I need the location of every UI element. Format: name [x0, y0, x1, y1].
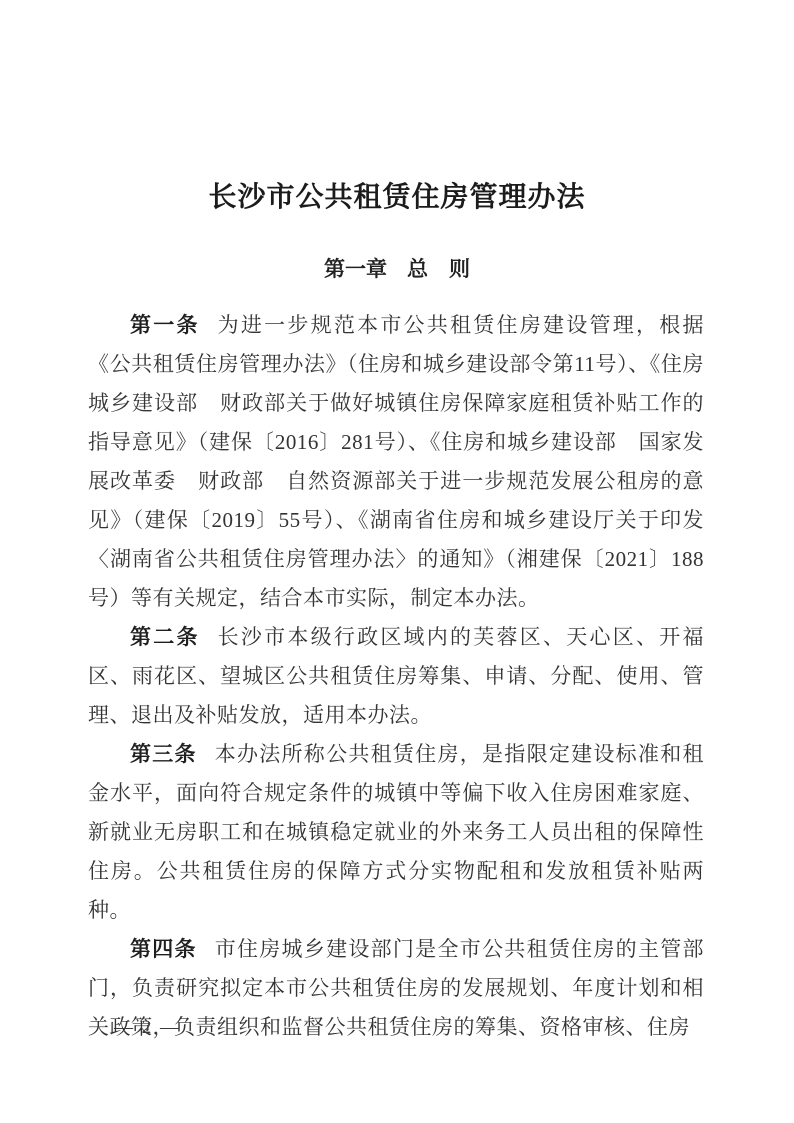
document-body: 第一条为进一步规范本市公共租赁住房建设管理，根据《公共租赁住房管理办法》（住房和…	[88, 306, 704, 1047]
article-text: 本办法所称公共租赁住房，是指限定建设标准和租金水平，面向符合规定条件的城镇中等偏…	[88, 742, 704, 922]
article-number: 第三条	[130, 743, 197, 766]
article-number: 第一条	[130, 314, 200, 337]
document-title: 长沙市公共租赁住房管理办法	[0, 178, 794, 216]
article-paragraph: 第二条长沙市本级行政区域内的芙蓉区、天心区、开福区、雨花区、望城区公共租赁住房筹…	[88, 618, 704, 735]
article-number: 第四条	[130, 938, 197, 961]
page-number: — 2 —	[114, 1013, 181, 1043]
article-text: 为进一步规范本市公共租赁住房建设管理，根据《公共租赁住房管理办法》（住房和城乡建…	[88, 313, 704, 610]
chapter-heading: 第一章总 则	[0, 254, 794, 286]
article-number: 第二条	[130, 626, 200, 649]
document-page: 长沙市公共租赁住房管理办法 第一章总 则 第一条为进一步规范本市公共租赁住房建设…	[0, 0, 794, 1123]
article-paragraph: 第一条为进一步规范本市公共租赁住房建设管理，根据《公共租赁住房管理办法》（住房和…	[88, 306, 704, 618]
chapter-number: 第一章	[324, 258, 387, 281]
article-paragraph: 第三条本办法所称公共租赁住房，是指限定建设标准和租金水平，面向符合规定条件的城镇…	[88, 735, 704, 930]
chapter-name: 总 则	[407, 258, 470, 281]
